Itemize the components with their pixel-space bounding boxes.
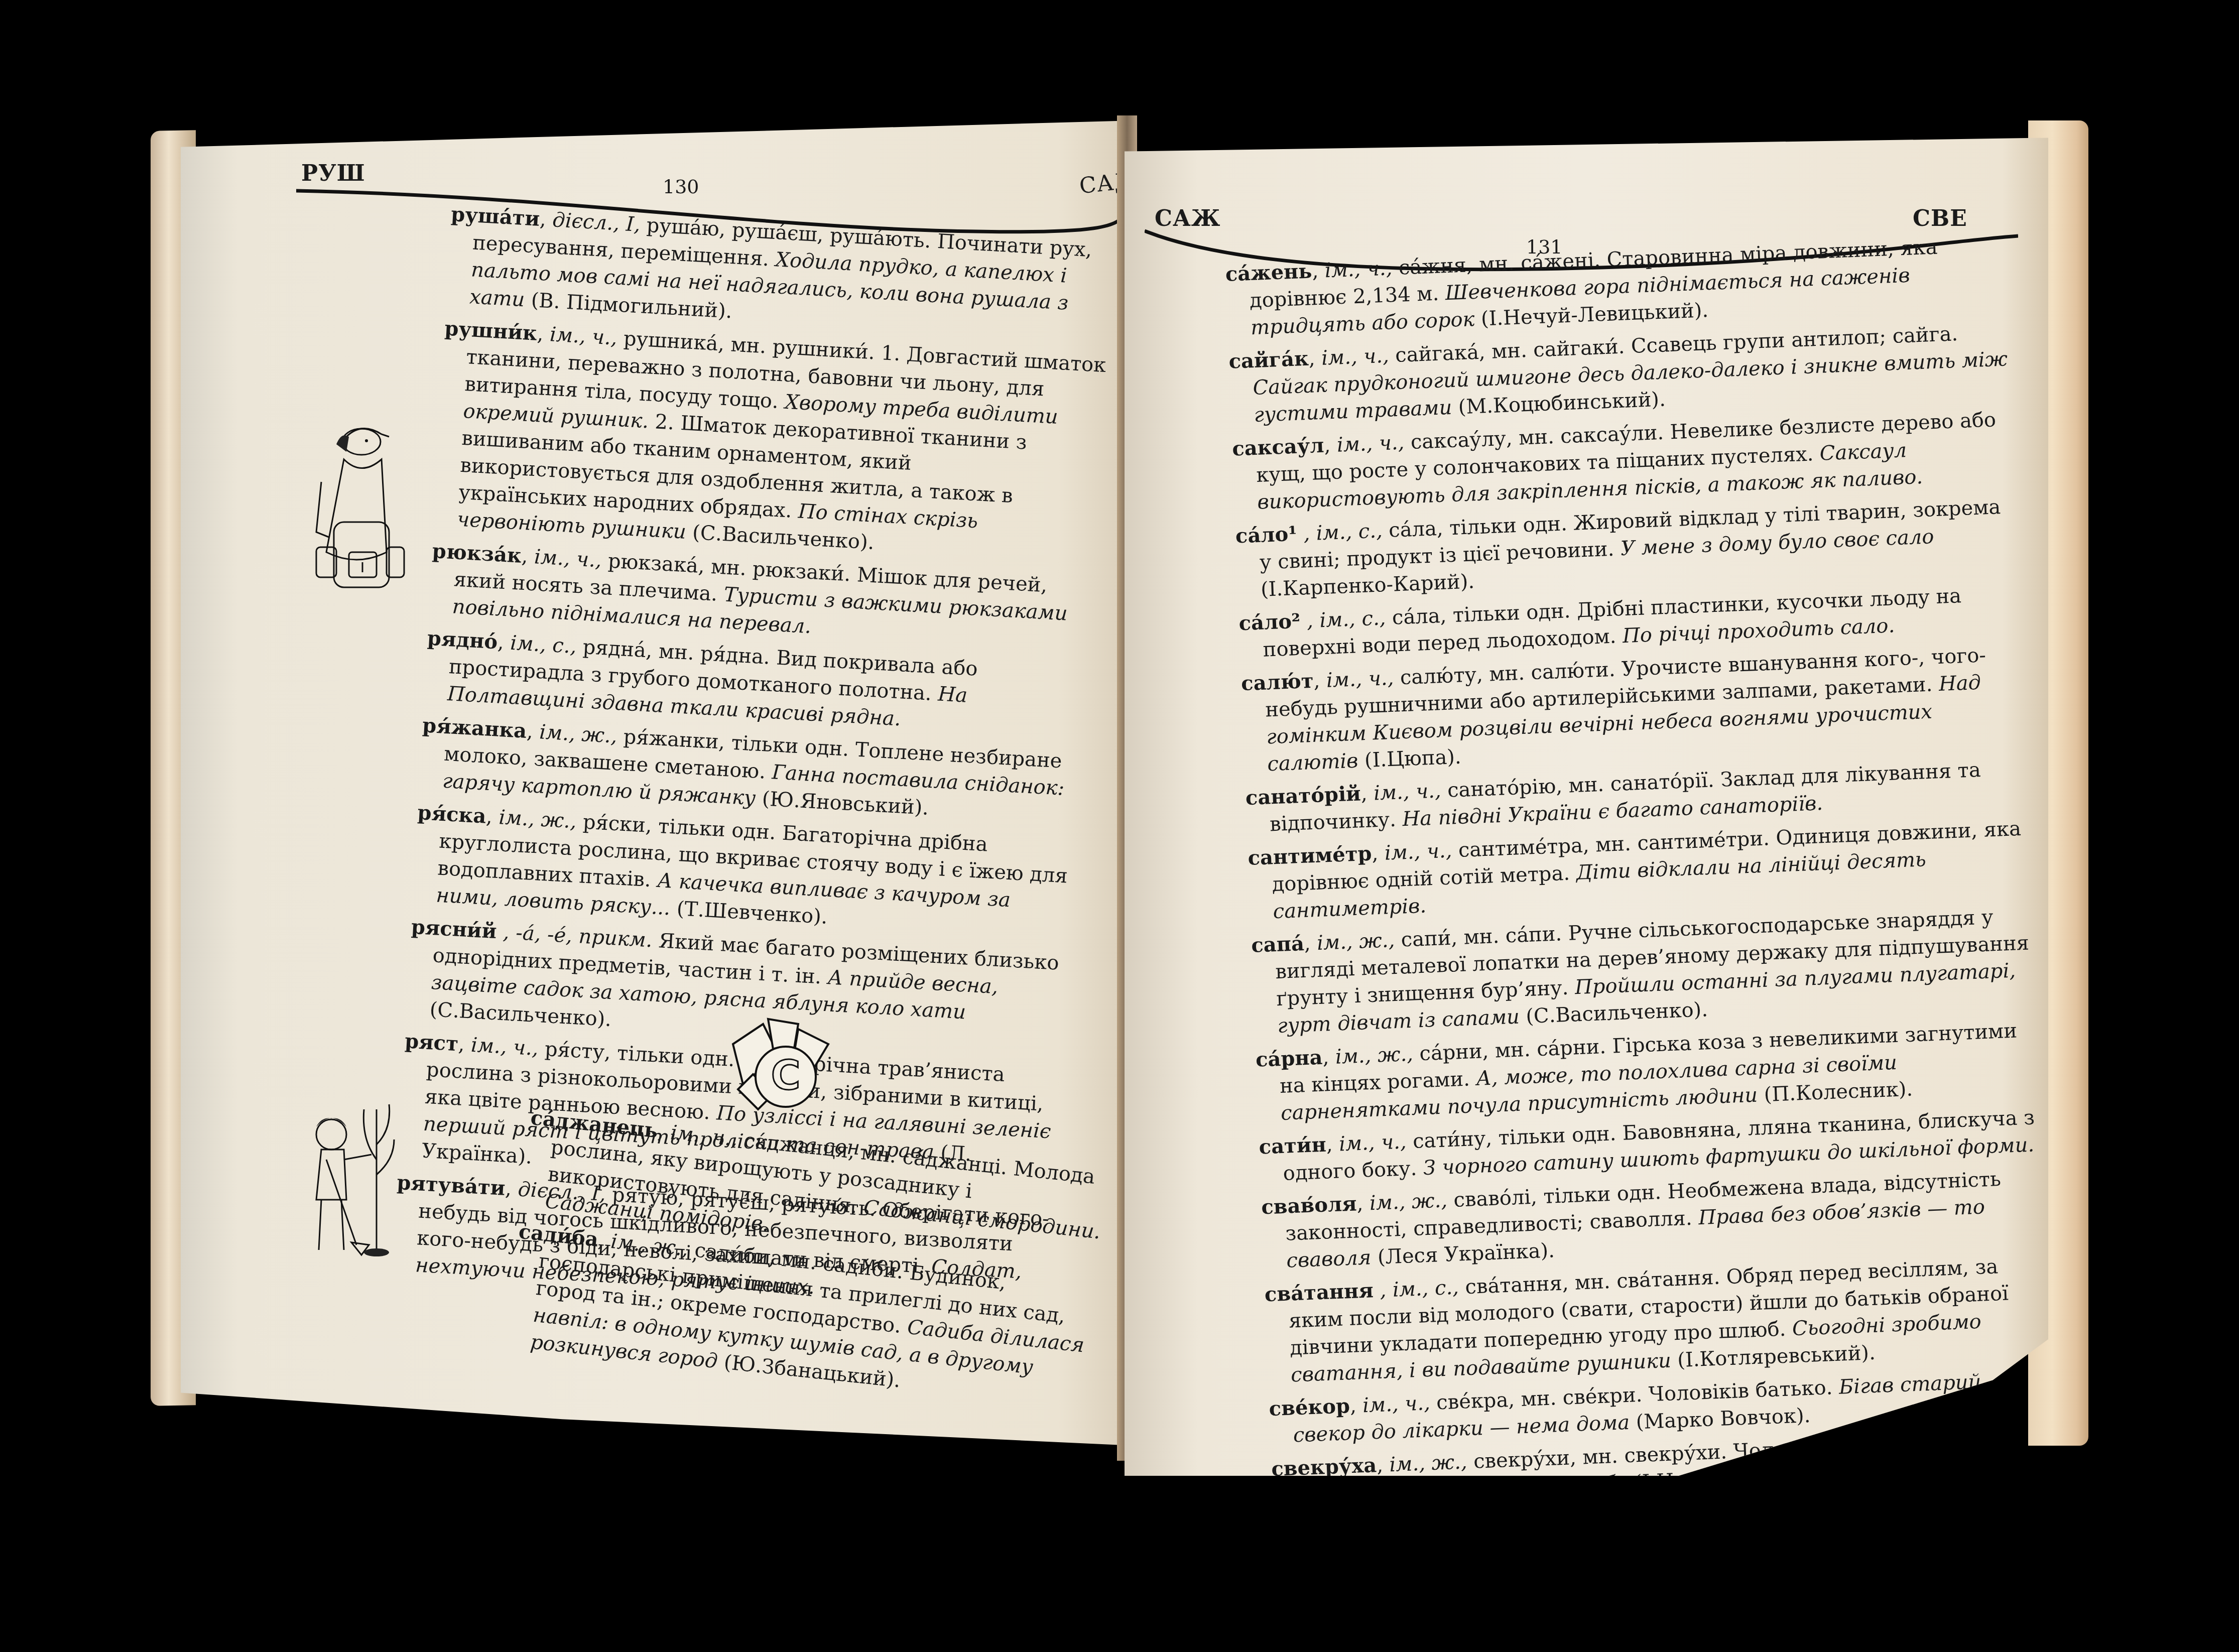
headword: свав́оля bbox=[1261, 1192, 1357, 1219]
headword: сади́ба bbox=[518, 1220, 599, 1251]
letter-s-emblem: С bbox=[723, 1014, 833, 1114]
headword: сайга́к bbox=[1228, 347, 1309, 373]
grammar: ім., ч., bbox=[669, 1121, 738, 1151]
headword: свекру́ха bbox=[1271, 1453, 1377, 1476]
grammar: ім., ч., bbox=[1362, 1391, 1430, 1417]
grammar: ім., ч., bbox=[470, 1034, 539, 1060]
headword: ря́ска bbox=[417, 801, 487, 828]
headword: рюкза́к bbox=[432, 539, 523, 568]
grammar: ім., ж., bbox=[1389, 1450, 1468, 1476]
headword: рятува́ти bbox=[396, 1171, 506, 1200]
grammar: , -а́, -е́, прикм. bbox=[503, 921, 653, 952]
forms: свекру́хи, мн. свекру́хи. bbox=[1473, 1440, 1727, 1473]
entry-salyut: салю́т, ім., ч., салю́ту, мн. салю́ти. У… bbox=[1240, 641, 2027, 779]
svg-text:С: С bbox=[771, 1052, 801, 1099]
forms: сати́ну, тільки одн. bbox=[1412, 1122, 1616, 1153]
source: (П.Колесник). bbox=[1764, 1078, 1913, 1106]
forms: све́кра, мн. све́кри. bbox=[1436, 1383, 1643, 1415]
source: (Марко Вовчок). bbox=[1636, 1404, 1811, 1434]
source: (І.Нечуй-Левицький). bbox=[1480, 299, 1709, 330]
source: (М.Коцюбинський). bbox=[1458, 388, 1666, 419]
headword: сва́тання bbox=[1264, 1279, 1374, 1306]
open-book: РУШ 130 САД руша́ти, bbox=[0, 0, 2239, 1652]
grammar: , ім., с., bbox=[1303, 519, 1383, 545]
definition: Чоловікова мати. bbox=[1733, 1433, 1917, 1463]
forms: сва́тання, мн. сва́тання. bbox=[1465, 1266, 1720, 1299]
headword: сапа́ bbox=[1251, 932, 1304, 957]
headword: све́кор bbox=[1269, 1394, 1350, 1421]
source: (С.Васильченко). bbox=[1526, 998, 1708, 1028]
forms: сапи́, мн. са́пи. bbox=[1401, 922, 1562, 951]
source: (І.Котляревський). bbox=[1677, 1341, 1876, 1372]
boy-with-shovel-illustration bbox=[301, 1099, 402, 1265]
source: (І.Карпенко-Карий). bbox=[1260, 570, 1475, 601]
headword: ря́жанка bbox=[422, 713, 527, 743]
headword: сантиме́тр bbox=[1248, 842, 1373, 870]
grammar: ім., ч., bbox=[1324, 257, 1393, 282]
grammar: ім., ж., bbox=[1369, 1189, 1448, 1215]
headword: салю́т bbox=[1240, 669, 1314, 696]
grammar: ім., ч., bbox=[534, 545, 602, 572]
grammar: дієсл., I, bbox=[552, 208, 641, 236]
grammar: ім., ч., bbox=[1373, 779, 1441, 805]
forms: сайгака́, мн. сайгаки́. bbox=[1395, 335, 1625, 367]
forms: саксау́лу, мн. саксау́ли. bbox=[1410, 421, 1664, 454]
definition: Чоловіків батько. bbox=[1648, 1376, 1833, 1406]
grammar: , ім., с., bbox=[1306, 606, 1386, 632]
entry-rushnyk: рушни́к, ім., ч., рушника́, мн. рушники́… bbox=[433, 315, 1107, 569]
source: (С.Васильченко). bbox=[692, 521, 875, 554]
headword: са́ло¹ bbox=[1235, 522, 1297, 548]
grammar: ім., с., bbox=[510, 631, 577, 658]
example: По річці проходить сало. bbox=[1622, 614, 1895, 648]
headword: руша́ти bbox=[450, 202, 540, 231]
forms: са́ла, тільки одн. bbox=[1392, 599, 1571, 629]
source: (Т.Шевченко). bbox=[676, 897, 828, 929]
headword: рушни́к bbox=[444, 317, 538, 345]
source: (Ю.Яновський). bbox=[762, 787, 930, 819]
source: (І.Цюпа). bbox=[1364, 745, 1461, 772]
grammar: ім., ч., bbox=[1321, 344, 1389, 370]
headword: са́ло² bbox=[1238, 609, 1301, 636]
grammar: ім., ч., bbox=[1384, 839, 1452, 865]
hiker-with-backpack-illustration bbox=[306, 422, 407, 612]
headword: саксау́л bbox=[1231, 434, 1324, 461]
headword: са́жень bbox=[1225, 259, 1312, 286]
grammar: ім., ж., bbox=[498, 806, 577, 833]
source: (С.Васильченко). bbox=[429, 998, 612, 1031]
forms: са́жня, мн. са́жені. bbox=[1398, 248, 1601, 279]
dictionary-entries-s-right: са́жень, ім., ч., са́жня, мн. са́жені. С… bbox=[1225, 231, 2048, 1476]
left-page: РУШ 130 САД руша́ти, bbox=[181, 120, 1135, 1446]
grammar: ім., ж., bbox=[610, 1230, 690, 1261]
entry-sapa: сапа́, ім., ж., сапи́, мн. са́пи. Ручне … bbox=[1251, 902, 2037, 1041]
right-page: САЖ 131 СВЕ са́жень, ім., ч., са́жня, мн… bbox=[1125, 110, 2048, 1476]
grammar: , ім., с., bbox=[1380, 1276, 1459, 1302]
forms: са́рни, мн. са́рни. bbox=[1419, 1035, 1606, 1065]
grammar: ім., ж., bbox=[1335, 1043, 1414, 1069]
forms: сваво́лі, тільки одн. bbox=[1453, 1181, 1662, 1212]
grammar: ім., ж., bbox=[539, 720, 617, 748]
forms: са́ла, тільки одн. bbox=[1388, 512, 1567, 542]
grammar: ім., ч., bbox=[1326, 667, 1394, 692]
grammar: ім., ч., bbox=[549, 323, 618, 349]
grammar: ім., ж., bbox=[1316, 929, 1395, 955]
entry-svatannia: сва́тання , ім., с., сва́тання, мн. сва́… bbox=[1264, 1251, 2048, 1390]
headword: са́рна bbox=[1255, 1046, 1323, 1072]
grammar: ім., ч., bbox=[1338, 1130, 1407, 1156]
source: (Леся Українка). bbox=[1377, 1239, 1555, 1269]
headword: рясни́й bbox=[411, 915, 497, 943]
grammar: ім., ч., bbox=[1336, 431, 1405, 457]
headword: ряст bbox=[404, 1029, 459, 1056]
headword: санато́рій bbox=[1245, 782, 1361, 810]
headword: сати́н bbox=[1259, 1133, 1327, 1159]
headword: рядно́ bbox=[427, 626, 499, 654]
forms: салю́ту, мн. салю́ти. bbox=[1400, 658, 1615, 689]
